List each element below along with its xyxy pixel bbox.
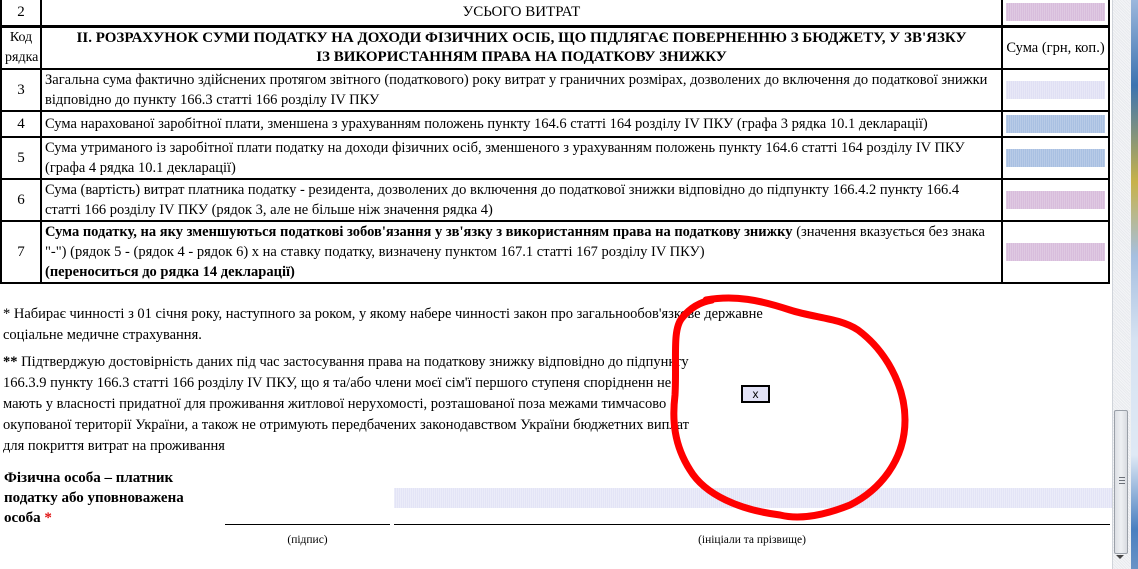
footnote-2: ** Підтверджую достовірність даних під ч… bbox=[3, 352, 703, 457]
sum-cell bbox=[1002, 179, 1109, 221]
row-description: Загальна сума фактично здійснених протяг… bbox=[41, 69, 1002, 111]
row-code: 4 bbox=[1, 111, 41, 137]
row-code: 2 bbox=[1, 0, 41, 27]
signature-caption: (підпис) bbox=[225, 534, 390, 546]
row-description: Сума (вартість) витрат платника податку … bbox=[41, 179, 1002, 221]
table-row-total: 2 УСЬОГО ВИТРАТ bbox=[1, 0, 1109, 27]
row-code: 6 bbox=[1, 179, 41, 221]
row-3-sum-input[interactable] bbox=[1006, 81, 1105, 99]
table-row: 7 Сума податку, на яку зменшуються подат… bbox=[1, 221, 1109, 283]
section-header-row: Код рядка ІІ. РОЗРАХУНОК СУМИ ПОДАТКУ НА… bbox=[1, 27, 1109, 70]
row-5-sum-field[interactable] bbox=[1006, 149, 1105, 167]
vertical-scrollbar[interactable] bbox=[1112, 0, 1138, 569]
row-7-transfer-note: (переноситься до рядка 14 декларації) bbox=[45, 264, 295, 280]
name-caption: (ініціали та прізвище) bbox=[394, 534, 1110, 546]
tax-calculation-table: 2 УСЬОГО ВИТРАТ Код рядка ІІ. РОЗРАХУНОК… bbox=[0, 0, 1110, 284]
row-4-sum-field[interactable] bbox=[1006, 115, 1105, 133]
required-marker: * bbox=[44, 510, 52, 526]
code-column-header: Код рядка bbox=[1, 27, 41, 70]
footnote-1: * Набирає чинності з 01 січня року, наст… bbox=[3, 304, 773, 346]
row-description: Сума нарахованої заробітної плати, зменш… bbox=[41, 111, 1002, 137]
row-code: 5 bbox=[1, 137, 41, 179]
sum-cell bbox=[1002, 137, 1109, 179]
row-code: 3 bbox=[1, 69, 41, 111]
sum-cell bbox=[1002, 69, 1109, 111]
name-line bbox=[394, 524, 1110, 525]
footnote-2-text: Підтверджую достовірність даних під час … bbox=[3, 354, 689, 454]
declaration-page: 2 УСЬОГО ВИТРАТ Код рядка ІІ. РОЗРАХУНОК… bbox=[0, 0, 1110, 569]
signatory-label-text: Фізична особа – платник податку або упов… bbox=[4, 470, 184, 526]
scroll-down-arrow-icon[interactable] bbox=[1116, 555, 1124, 559]
sum-column-header: Сума (грн, коп.) bbox=[1002, 27, 1109, 70]
table-row: 4 Сума нарахованої заробітної плати, зме… bbox=[1, 111, 1109, 137]
sum-cell bbox=[1002, 0, 1109, 27]
total-expenses-field[interactable] bbox=[1006, 3, 1105, 21]
row-7-bold-text: Сума податку, на яку зменшуються податко… bbox=[45, 224, 793, 240]
signature-line bbox=[225, 524, 390, 525]
section-title: ІІ. РОЗРАХУНОК СУМИ ПОДАТКУ НА ДОХОДИ ФІ… bbox=[41, 27, 1002, 70]
table-row: 6 Сума (вартість) витрат платника податк… bbox=[1, 179, 1109, 221]
footnote-2-marker: ** bbox=[3, 354, 18, 370]
grip-icon bbox=[1119, 477, 1125, 485]
row-description: Сума податку, на яку зменшуються податко… bbox=[41, 221, 1002, 283]
total-expenses-label: УСЬОГО ВИТРАТ bbox=[41, 0, 1002, 27]
row-6-sum-field[interactable] bbox=[1006, 191, 1105, 209]
confirm-checkbox[interactable]: x bbox=[741, 385, 770, 403]
row-7-sum-field[interactable] bbox=[1006, 243, 1105, 261]
scrollbar-thumb[interactable] bbox=[1114, 410, 1128, 554]
row-code: 7 bbox=[1, 221, 41, 283]
sum-cell bbox=[1002, 111, 1109, 137]
sum-cell bbox=[1002, 221, 1109, 283]
section-title-line2: ІЗ ВИКОРИСТАННЯМ ПРАВА НА ПОДАТКОВУ ЗНИЖ… bbox=[316, 49, 727, 65]
table-row: 3 Загальна сума фактично здійснених прот… bbox=[1, 69, 1109, 111]
section-title-line1: ІІ. РОЗРАХУНОК СУМИ ПОДАТКУ НА ДОХОДИ ФІ… bbox=[77, 30, 967, 46]
table-row: 5 Сума утриманого із заробітної плати по… bbox=[1, 137, 1109, 179]
window-edge bbox=[1131, 0, 1138, 569]
row-description: Сума утриманого із заробітної плати пода… bbox=[41, 137, 1002, 179]
signatory-label: Фізична особа – платник податку або упов… bbox=[4, 468, 204, 528]
footnotes: * Набирає чинності з 01 січня року, наст… bbox=[3, 304, 773, 457]
initials-surname-input[interactable] bbox=[394, 488, 1112, 508]
